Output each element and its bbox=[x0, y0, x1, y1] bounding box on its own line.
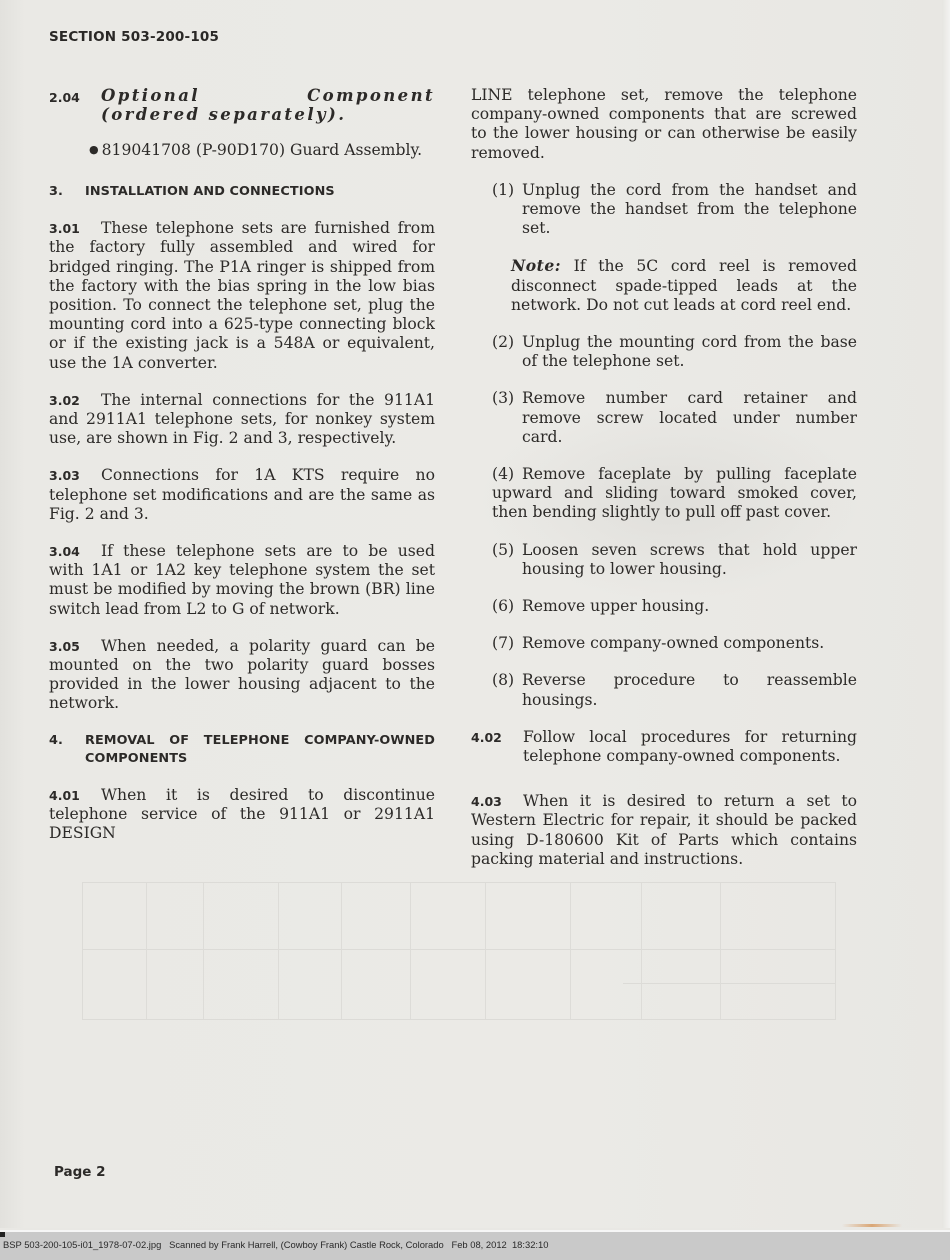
section-heading-3: 3. INSTALLATION AND CONNECTIONS bbox=[49, 183, 435, 201]
heading-text: INSTALLATION AND CONNECTIONS bbox=[85, 183, 435, 201]
heading-number: 3. bbox=[49, 183, 85, 201]
bullet-item: ●819041708 (P-90D170) Guard Assembly. bbox=[89, 140, 435, 160]
scan-info-text: BSP 503-200-105-i01_1978-07-02.jpg Scann… bbox=[3, 1239, 548, 1250]
step-text: Remove company-owned components. bbox=[522, 634, 857, 653]
step-number: (8) bbox=[492, 671, 522, 709]
paragraph-number: 4.02 bbox=[471, 728, 523, 766]
scan-corner-mark bbox=[0, 1232, 5, 1237]
paragraph-3-01: 3.01These telephone sets are furnished f… bbox=[49, 219, 435, 373]
step-text: Remove faceplate by pulling faceplate up… bbox=[492, 465, 857, 521]
bleed-through-table bbox=[82, 882, 836, 1020]
paragraph-number: 3.01 bbox=[49, 219, 101, 238]
step-4: (4)Remove faceplate by pulling faceplate… bbox=[492, 465, 857, 523]
step-3: (3) Remove number card retainer and remo… bbox=[492, 389, 857, 447]
paragraph-number: 3.03 bbox=[49, 466, 101, 485]
step-5: (5) Loosen seven screws that hold upper … bbox=[492, 541, 857, 579]
paragraph-text: When it is desired to discontinue teleph… bbox=[49, 786, 435, 842]
step-8: (8) Reverse procedure to reassemble hous… bbox=[492, 671, 857, 709]
step-number: (4) bbox=[492, 465, 522, 484]
step-text: Unplug the cord from the handset and rem… bbox=[522, 181, 857, 239]
page-number: Page 2 bbox=[54, 1164, 106, 1180]
paragraph-4-02: 4.02 Follow local procedures for returni… bbox=[471, 728, 857, 766]
bullet-icon: ● bbox=[89, 143, 99, 156]
paragraph-number: 3.05 bbox=[49, 637, 101, 656]
paragraph-text: The internal connections for the 911A1 a… bbox=[49, 391, 435, 447]
step-number: (2) bbox=[492, 333, 522, 371]
note-label: Note: bbox=[511, 256, 561, 275]
step-number: (5) bbox=[492, 541, 522, 579]
paragraph-3-05: 3.05When needed, a polarity guard can be… bbox=[49, 637, 435, 714]
paragraph-number: 3.04 bbox=[49, 542, 101, 561]
paragraph-text: Follow local procedures for returning te… bbox=[523, 728, 857, 766]
section-heading-4: 4. REMOVAL OF TELEPHONE COMPANY-OWNED CO… bbox=[49, 732, 435, 768]
bullet-text: 819041708 (P-90D170) Guard Assembly. bbox=[102, 141, 423, 159]
heading-number: 4. bbox=[49, 732, 85, 768]
paragraph-text: When needed, a polarity guard can be mou… bbox=[49, 637, 435, 713]
note-text: If the 5C cord reel is removed disconnec… bbox=[511, 257, 857, 313]
right-column: LINE telephone set, remove the telephone… bbox=[471, 86, 857, 887]
paragraph-number: 3.02 bbox=[49, 391, 101, 410]
step-number: (6) bbox=[492, 597, 522, 616]
step-text: Remove upper housing. bbox=[522, 597, 857, 616]
step-number: (1) bbox=[492, 181, 522, 239]
step-text: Reverse procedure to reassemble housings… bbox=[522, 671, 857, 709]
optional-component-title: Optional Component (ordered separately). bbox=[101, 86, 435, 124]
paragraph-text: These telephone sets are furnished from … bbox=[49, 219, 435, 371]
paper-stain bbox=[842, 1224, 902, 1227]
step-6: (6) Remove upper housing. bbox=[492, 597, 857, 616]
paragraph-text: Connections for 1A KTS require no teleph… bbox=[49, 466, 435, 522]
step-1: (1) Unplug the cord from the handset and… bbox=[492, 181, 857, 239]
paragraph-text: When it is desired to return a set to We… bbox=[471, 792, 857, 868]
note: Note: If the 5C cord reel is removed dis… bbox=[511, 256, 857, 315]
paragraph-2-04: 2.04 Optional Component (ordered separat… bbox=[49, 86, 435, 124]
paragraph-text: If these telephone sets are to be used w… bbox=[49, 542, 435, 618]
step-7: (7) Remove company-owned components. bbox=[492, 634, 857, 653]
step-text: Remove number card retainer and remove s… bbox=[522, 389, 857, 447]
step-2: (2) Unplug the mounting cord from the ba… bbox=[492, 333, 857, 371]
left-column: 2.04 Optional Component (ordered separat… bbox=[49, 86, 435, 861]
step-text: Unplug the mounting cord from the base o… bbox=[522, 333, 857, 371]
step-number: (3) bbox=[492, 389, 522, 447]
page-edge bbox=[942, 0, 950, 1228]
section-header: SECTION 503-200-105 bbox=[49, 29, 219, 45]
paragraph-number: 4.01 bbox=[49, 786, 101, 805]
heading-text: REMOVAL OF TELEPHONE COMPANY-OWNED COMPO… bbox=[85, 732, 435, 768]
step-number: (7) bbox=[492, 634, 522, 653]
paragraph-4-03: 4.03When it is desired to return a set t… bbox=[471, 792, 857, 869]
paragraph-4-01: 4.01When it is desired to discontinue te… bbox=[49, 786, 435, 844]
paragraph-3-03: 3.03Connections for 1A KTS require no te… bbox=[49, 466, 435, 524]
paragraph-number: 2.04 bbox=[49, 86, 101, 124]
paragraph-4-01-continued: LINE telephone set, remove the telephone… bbox=[471, 86, 857, 163]
paragraph-number: 4.03 bbox=[471, 792, 523, 811]
paragraph-3-02: 3.02The internal connections for the 911… bbox=[49, 391, 435, 449]
step-text: Loosen seven screws that hold upper hous… bbox=[522, 541, 857, 579]
paragraph-3-04: 3.04If these telephone sets are to be us… bbox=[49, 542, 435, 619]
